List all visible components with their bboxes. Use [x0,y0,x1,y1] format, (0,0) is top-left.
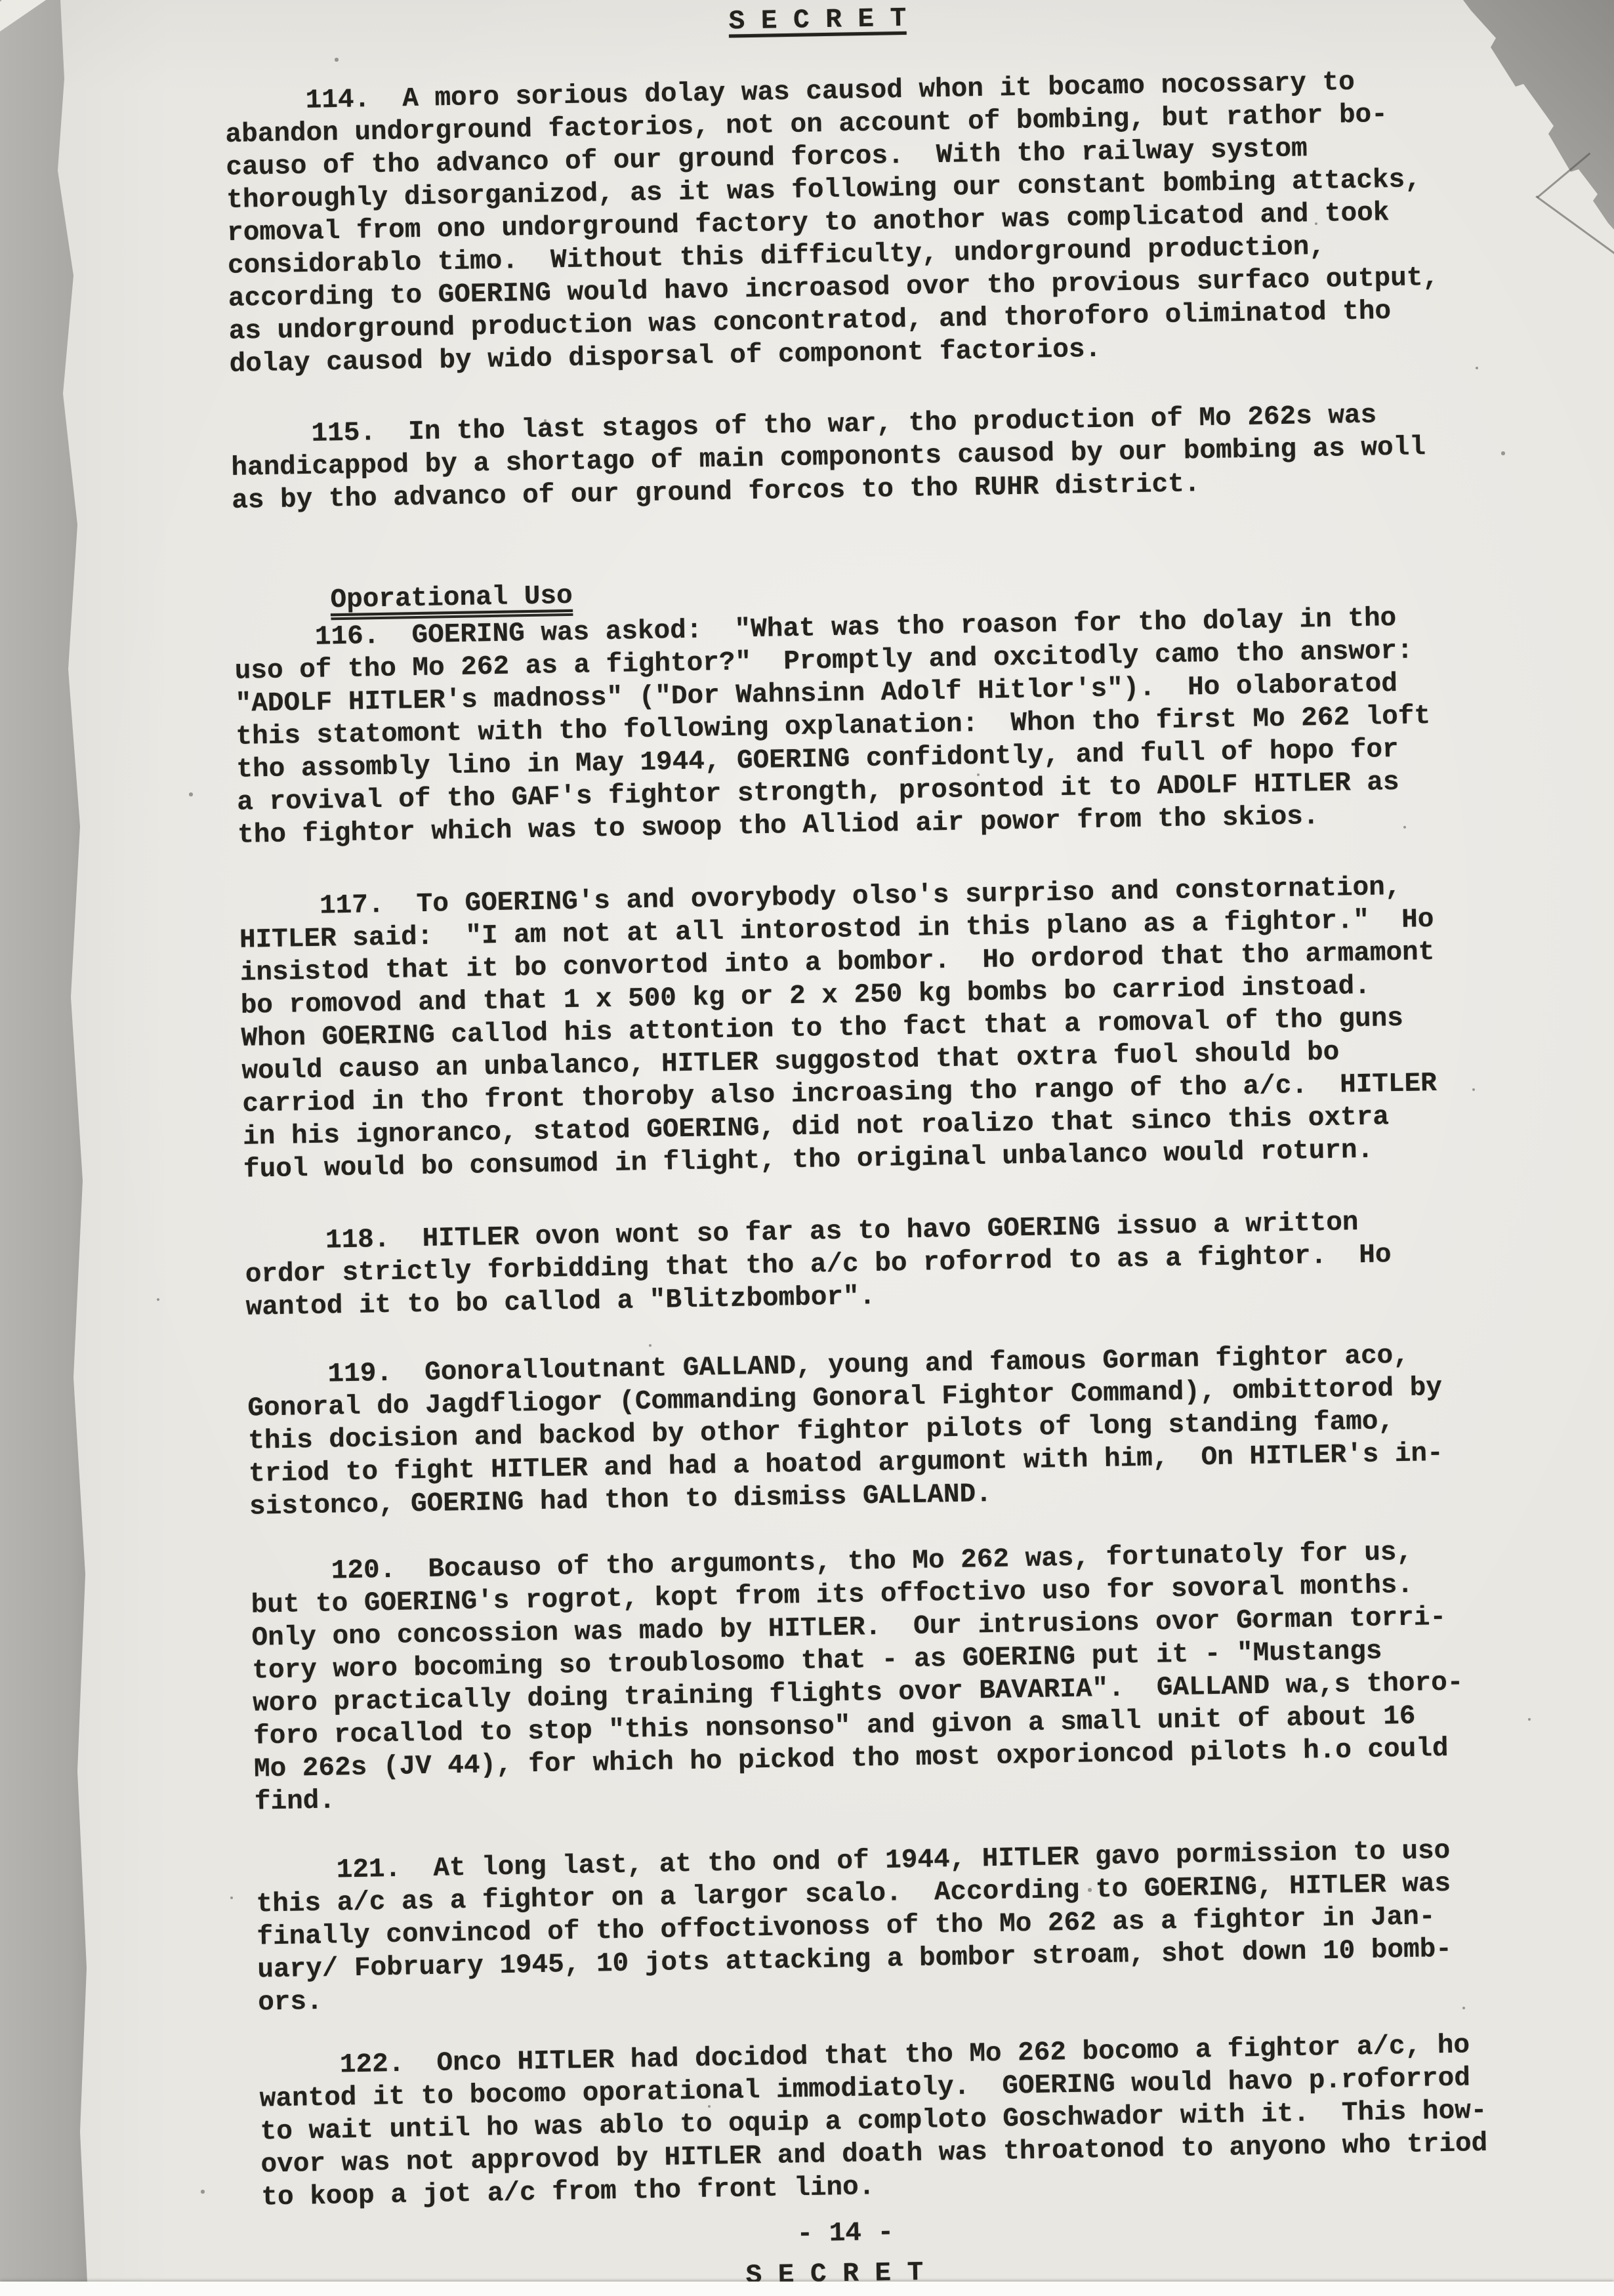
scan-noise-specks [0,0,1,1]
paragraph-114: 114. A moro sorious dolay was causod who… [224,65,1440,381]
scanned-document-page: S E C R E T 114. A moro sorious dolay wa… [0,0,1614,2296]
paragraph-115: 115. In tho last stagos of tho war, tho … [230,398,1426,518]
typewritten-text-layer: S E C R E T 114. A moro sorious dolay wa… [223,0,1575,2295]
paragraph-118: 118. HITLER ovon wont so far as to havo … [245,1206,1392,1324]
paragraph-120: 120. Bocauso of tho argumonts, tho Mo 26… [250,1535,1465,1818]
paragraph-117: 117. To GOERING's and ovorybody olso's s… [239,871,1438,1187]
scanner-bed-edge [0,2282,1614,2296]
section-heading-text: Oporational Uso [330,580,573,620]
page-number: - 14 - [797,2217,894,2251]
classification-header: S E C R E T [728,3,906,39]
paragraph-119: 119. Gonoralloutnant GALLAND, young and … [247,1339,1444,1524]
paragraph-122: 122. Onco HITLER had docidod that tho Mo… [259,2029,1489,2215]
paragraph-121: 121. At long last, at tho ond of 1944, H… [255,1835,1453,2020]
paragraph-116: 116. GOERING was askod: "What was tho ro… [234,602,1433,852]
torn-left-edge [0,0,98,2296]
